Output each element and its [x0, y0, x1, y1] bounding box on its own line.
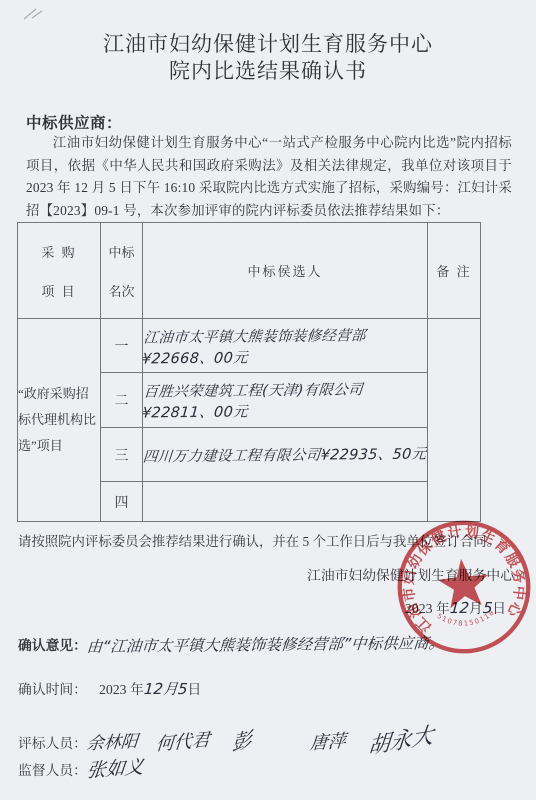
rank-cell-3: 三 — [101, 428, 143, 482]
candidate-cell-2: 百胜兴荣建筑工程(天津)有限公司¥22811、00元 — [143, 373, 428, 428]
rank-cell-4: 四 — [101, 482, 143, 522]
evaluators-label: 评标人员： — [18, 736, 87, 751]
candidate-handwriting-2: 百胜兴荣建筑工程(天津)有限公司¥22811、00元 — [141, 378, 428, 423]
col-header-note: 备 注 — [428, 223, 481, 319]
evaluator-signature-4: 唐萍 — [309, 727, 347, 756]
candidate-cell-3: 四川万力建设工程有限公司¥22935、50元 — [143, 428, 428, 482]
supervisor-signature-1: 张如义 — [86, 752, 146, 783]
candidate-handwriting-3: 四川万力建设工程有限公司¥22935、50元 — [142, 443, 427, 467]
col-header-project: 采 购 项 目 — [18, 223, 101, 319]
svg-text:51078150118: 51078150118 — [435, 606, 498, 631]
rank-cell-2: 二 — [101, 373, 143, 428]
supervisor-label: 监督人员： — [18, 763, 87, 778]
project-name-cell: “政府采购招标代理机构比选”项目 — [18, 319, 101, 522]
document-title-line2: 院内比选结果确认书 — [0, 55, 536, 85]
confirm-time-month-unit: 月 — [162, 678, 179, 699]
evaluator-signature-3: 彭 — [232, 722, 253, 756]
seal-code-text: 51078150118 — [435, 606, 498, 631]
evaluator-signature-5: 胡永大 — [367, 718, 435, 762]
note-cell — [428, 319, 481, 522]
opinion-handwriting: 由“江油市太平镇大熊装饰装修经营部”中标供应商。 — [86, 631, 445, 657]
rank-cell-1: 一 — [101, 319, 143, 373]
evaluator-signature-2: 何代君 — [155, 725, 211, 756]
seal-star-icon — [436, 556, 492, 609]
evaluators-line: 评标人员：余林阳何代君彭唐萍胡永大 — [18, 724, 533, 755]
scanned-document-page: { "title": { "line1": "江油市妇幼保健计划生育服务中心",… — [0, 0, 536, 800]
confirm-time-month-handwriting: 12 — [143, 680, 163, 698]
confirm-time-line: 确认时间： 2023 年12月5日 — [18, 678, 201, 699]
candidate-handwriting-1: 江油市太平镇大熊装饰装修经营部¥22668、00元 — [141, 323, 428, 368]
confirm-time-year: 2023 年 — [99, 682, 144, 697]
official-red-seal: 江油市妇幼保健计划生育服务中心 51078150118 — [384, 507, 536, 667]
candidate-cell-1: 江油市太平镇大熊装饰装修经营部¥22668、00元 — [143, 319, 428, 373]
evaluator-signature-1: 余林阳 — [86, 727, 139, 755]
document-title-line1: 江油市妇幼保健计划生育服务中心 — [0, 28, 536, 58]
col-header-rank-line1: 中标 — [108, 242, 134, 261]
opinion-label: 确认意见： — [18, 638, 87, 653]
col-header-rank: 中标 名次 — [101, 223, 143, 319]
col-header-rank-line2: 名次 — [108, 281, 134, 300]
intro-paragraph: 江油市妇幼保健计划生育服务中心“一站式产检服务中心院内比选”院内招标项目，依据《… — [26, 132, 512, 222]
col-header-project-line2: 项 目 — [41, 281, 76, 300]
candidate-cell-4 — [143, 482, 428, 522]
bid-result-table: 采 购 项 目 中标 名次 中标侯选人 备 注 “政府采购招标代理机构比选”项目… — [17, 222, 481, 522]
col-header-project-line1: 采 购 — [41, 242, 76, 261]
confirm-time-label: 确认时间： — [18, 682, 87, 697]
pen-smudge — [22, 6, 48, 22]
confirm-time-day-unit: 日 — [187, 682, 201, 697]
supervisor-line: 监督人员：张如义 — [18, 754, 144, 781]
confirm-time-day-handwriting: 5 — [177, 680, 188, 698]
col-header-candidate: 中标侯选人 — [143, 223, 428, 319]
winning-supplier-label: 中标供应商： — [26, 111, 122, 133]
